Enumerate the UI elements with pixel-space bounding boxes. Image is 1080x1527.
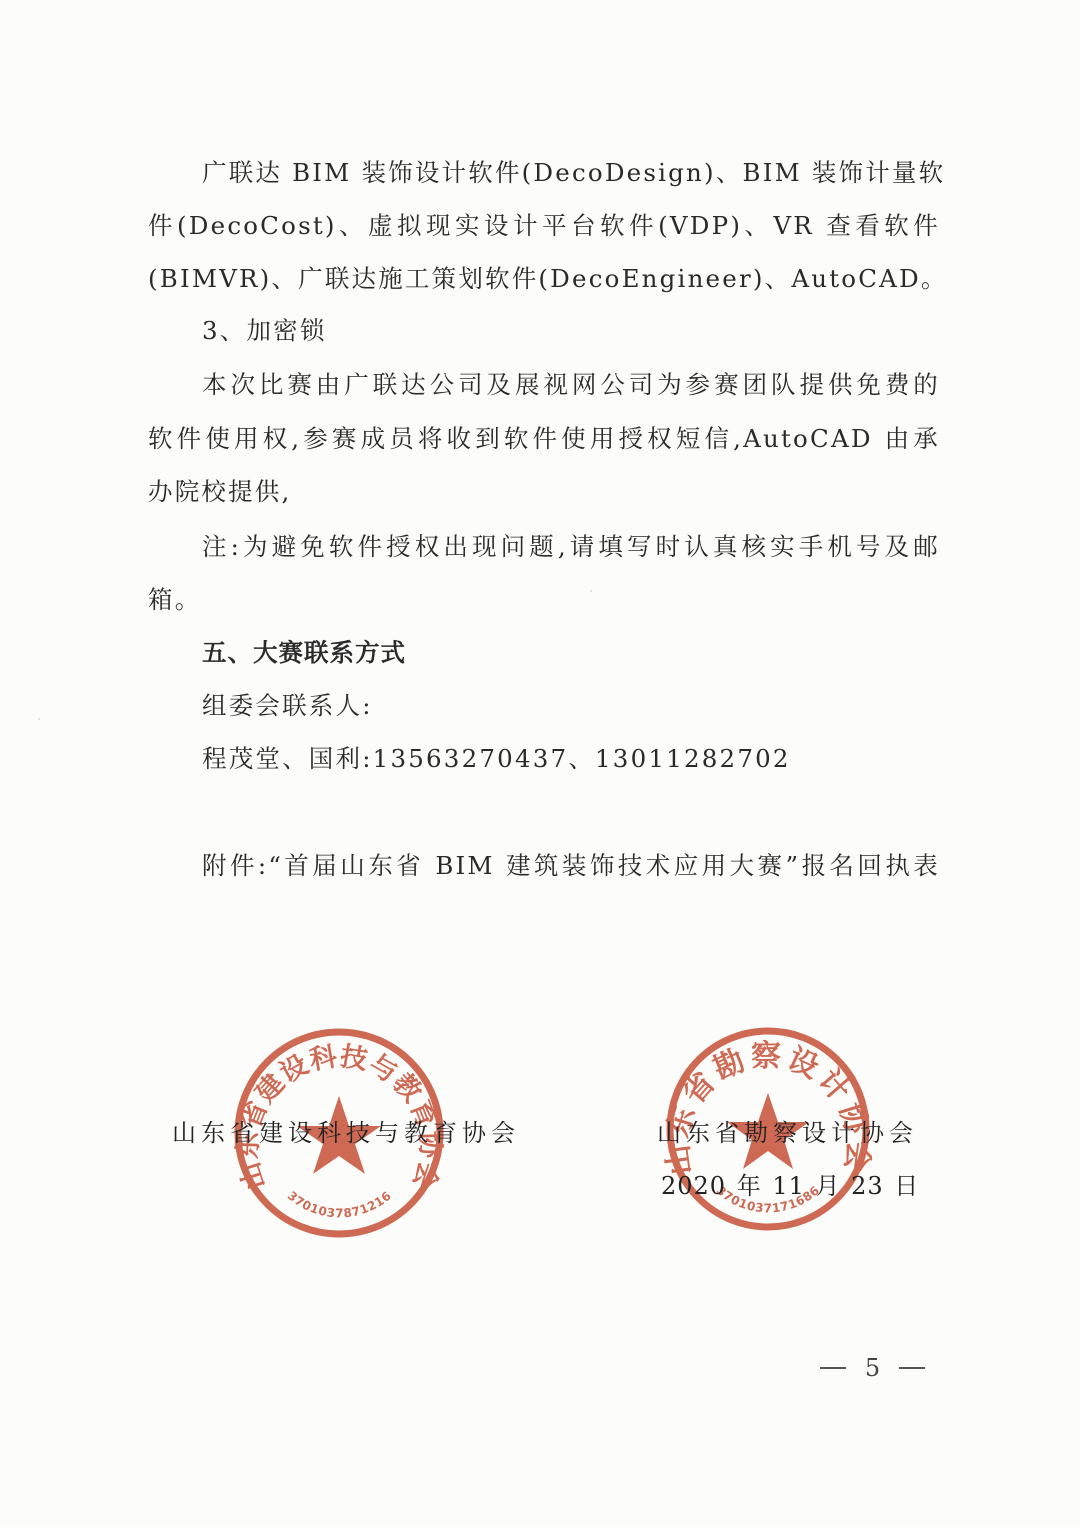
signature-date: 2020 年 11 月 23 日 (661, 1169, 919, 1203)
note-line-2: 箱。 (148, 583, 940, 617)
note-line-1: 注:为避免软件授权出现问题,请填写时认真核实手机号及邮 (202, 530, 940, 564)
section-3-paragraph-line-1: 本次比赛由广联达公司及展视网公司为参赛团队提供免费的 (202, 368, 940, 402)
scan-speck (38, 718, 40, 720)
document-page: 广联达 BIM 装饰设计软件(DecoDesign)、BIM 装饰计量软 件(D… (0, 0, 1080, 1527)
page-number: 5 (820, 1354, 925, 1382)
attachment-line: 附件:“首届山东省 BIM 建筑装饰技术应用大赛”报名回执表 (202, 849, 940, 883)
contact-label: 组委会联系人: (202, 689, 940, 723)
page-number-right-dash (899, 1367, 925, 1369)
section-3-paragraph-line-3: 办院校提供, (148, 475, 940, 509)
svg-text:3701037871216: 3701037871216 (285, 1188, 394, 1220)
page-number-value: 5 (865, 1354, 880, 1382)
right-organization-signature: 山东省勘察设计协会 (657, 1116, 918, 1150)
left-organization-signature: 山东省建设科技与教育协会 (172, 1116, 520, 1150)
software-list-line-3: (BIMVR)、广联达施工策划软件(DecoEngineer)、AutoCAD。 (148, 262, 940, 296)
section-3-heading: 3、加密锁 (202, 314, 940, 348)
section-5-heading: 五、大赛联系方式 (202, 636, 940, 670)
contact-value: 程茂堂、国利:13563270437、13011282702 (202, 742, 940, 776)
software-list-line-2: 件(DecoCost)、虚拟现实设计平台软件(VDP)、VR 查看软件 (148, 209, 940, 243)
page-number-left-dash (820, 1367, 846, 1369)
section-3-paragraph-line-2: 软件使用权,参赛成员将收到软件使用授权短信,AutoCAD 由承 (148, 422, 940, 456)
scan-speck (590, 590, 592, 592)
software-list-line-1: 广联达 BIM 装饰设计软件(DecoDesign)、BIM 装饰计量软 (202, 156, 940, 190)
